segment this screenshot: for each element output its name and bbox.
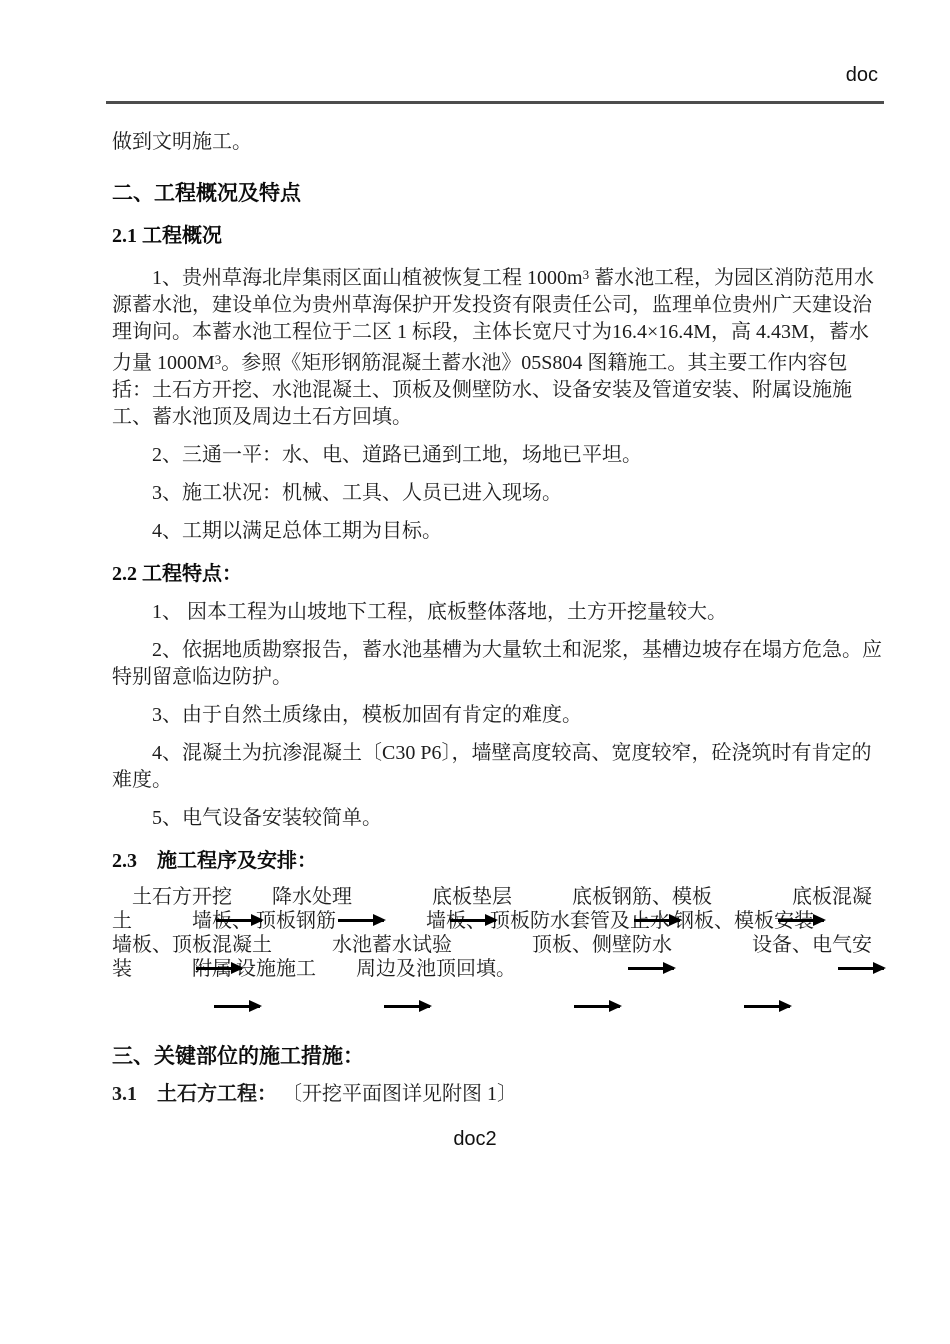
paragraph: 做到文明施工。 [112, 129, 882, 156]
flow-step-text: 土石方开挖 降水处理 底板垫层 底板钢筋、模板 底板混凝 [112, 886, 872, 908]
text-run: 2.3 施工程序及安排： [112, 850, 317, 872]
flow-line: 墙板、顶板混凝土 水池蓄水试验 顶板、侧壁防水 设备、电气安 [112, 933, 882, 957]
arrow-right-icon [634, 919, 680, 922]
arrow-right-icon [628, 967, 674, 970]
paragraph: 4、混凝土为抗渗混凝土〔C30 P6〕，墙壁高度较高、宽度较窄，砼浇筑时有肯定的… [112, 740, 882, 794]
text-run: 2.2 工程特点： [112, 563, 242, 585]
flow-line: 土石方开挖 降水处理 底板垫层 底板钢筋、模板 底板混凝 [112, 885, 882, 909]
paragraph: 2、三通一平：水、电、道路已通到工地，场地已平坦。 [112, 442, 882, 469]
arrow-right-icon [450, 919, 496, 922]
arrow-right-icon [214, 1005, 260, 1008]
flow-step-text: 周边及池顶回填。 [356, 958, 506, 980]
flow-step-text [262, 996, 382, 1018]
page-footer-label: doc2 [0, 1128, 950, 1151]
flow-line: 土 墙板、顶板钢筋 墙板、顶板防水套管及止水钢板、模板安装 [112, 909, 882, 933]
paragraph: 3.1 土石方工程： 〔开挖平面图详见附图 1〕 [112, 1081, 882, 1108]
text-run: 2.1 工程概况 [112, 225, 222, 247]
paragraph-lead-label: 3.1 土石方工程： [112, 1083, 277, 1105]
arrow-right-icon [196, 967, 242, 970]
flow-step-text: 装 [112, 958, 192, 980]
flow-line: 装 附属设施施工 周边及池顶回填。 [112, 957, 882, 981]
text-run: 4、工期以满足总体工期为目标。 [152, 520, 442, 542]
document-body: 做到文明施工。二、工程概况及特点2.1 工程概况1、贵州草海北岸集雨区面山植被恢… [112, 118, 882, 1108]
page-header-label: doc [846, 64, 878, 87]
text-run: 3、施工状况：机械、工具、人员已进入现场。 [152, 482, 562, 504]
paragraph: 5、电气设备安装较简单。 [112, 805, 882, 832]
subsection-heading: 2.3 施工程序及安排： [112, 848, 882, 875]
text-run: 5、电气设备安装较简单。 [152, 807, 382, 829]
text-run: 2、三通一平：水、电、道路已通到工地，场地已平坦。 [152, 444, 642, 466]
paragraph: 2、依据地质勘察报告，蓄水池基槽为大量软土和泥浆，基槽边坡存在塌方危急。应特别留… [112, 637, 882, 691]
text-run: 〔开挖平面图详见附图 1〕 [277, 1083, 517, 1105]
flow-step-text [112, 996, 212, 1018]
text-run: 。参照《矩形钢筋混凝土蓄水池》05S804 图籍施工。其主要工作内容包括：土石方… [112, 352, 852, 428]
arrow-right-icon [216, 919, 262, 922]
paragraph: 1、贵州草海北岸集雨区面山植被恢复工程 1000m3 蓄水池工程，为园区消防范用… [112, 261, 882, 431]
flow-step-text [622, 996, 742, 1018]
text-run: 1、 因本工程为山坡地下工程，底板整体落地，土方开挖量较大。 [152, 601, 727, 623]
paragraph: 3、由于自然土质缘由，模板加固有肯定的难度。 [112, 702, 882, 729]
arrow-right-icon [384, 1005, 430, 1008]
flow-step-text: 顶板钢筋 [256, 910, 336, 932]
section-heading: 二、工程概况及特点 [112, 180, 882, 207]
flow-step-text [432, 996, 572, 1018]
flow-step-text: 土 [112, 910, 192, 932]
flow-step-text [676, 958, 836, 980]
text-run: 二、工程概况及特点 [112, 181, 301, 205]
arrow-right-icon [778, 919, 824, 922]
header-rule [106, 101, 884, 104]
text-run: 4、混凝土为抗渗混凝土〔C30 P6〕，墙壁高度较高、宽度较窄，砼浇筑时有肯定的… [112, 742, 871, 791]
section-heading: 三、关键部位的施工措施： [112, 1043, 882, 1070]
flow-step-text [316, 958, 356, 980]
construction-sequence-flow: 土石方开挖 降水处理 底板垫层 底板钢筋、模板 底板混凝土 墙板、顶板钢筋 墙板… [112, 885, 882, 1019]
paragraph: 4、工期以满足总体工期为目标。 [112, 518, 882, 545]
flow-step-text: 设施施工 [236, 958, 316, 980]
flow-step-text [386, 910, 426, 932]
subsection-heading: 2.1 工程概况 [112, 223, 882, 250]
text-run: 3、由于自然土质缘由，模板加固有肯定的难度。 [152, 704, 582, 726]
flow-step-text: 墙板、顶板混凝土 水池蓄水试验 顶板、侧壁防水 设备、电气安 [112, 934, 872, 956]
text-run: 1、贵州草海北岸集雨区面山植被恢复工程 1000m [152, 267, 583, 289]
arrow-right-icon [338, 919, 384, 922]
text-run: 做到文明施工。 [112, 131, 252, 153]
arrow-right-icon [574, 1005, 620, 1008]
text-run: 2、依据地质勘察报告，蓄水池基槽为大量软土和泥浆，基槽边坡存在塌方危急。应特别留… [112, 639, 882, 688]
paragraph: 1、 因本工程为山坡地下工程，底板整体落地，土方开挖量较大。 [112, 599, 882, 626]
arrow-right-icon [838, 967, 884, 970]
paragraph: 3、施工状况：机械、工具、人员已进入现场。 [112, 480, 882, 507]
flow-step-text [506, 958, 626, 980]
flow-line [112, 995, 882, 1019]
text-run: 三、关键部位的施工措施： [112, 1044, 364, 1068]
document-page: doc 做到文明施工。二、工程概况及特点2.1 工程概况1、贵州草海北岸集雨区面… [0, 0, 950, 1344]
arrow-right-icon [744, 1005, 790, 1008]
subsection-heading: 2.2 工程特点： [112, 561, 882, 588]
